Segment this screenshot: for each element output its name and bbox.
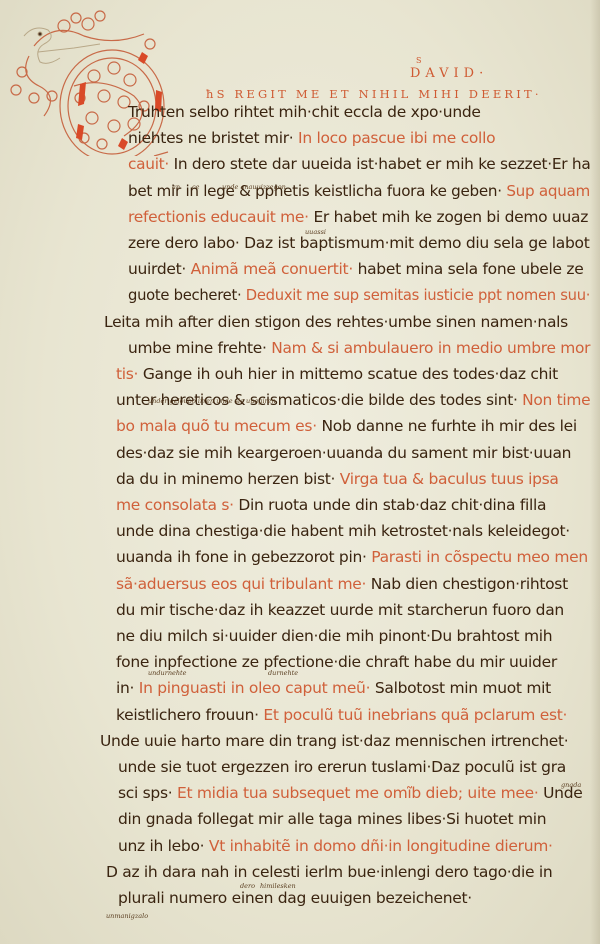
german-gloss-segment: uuirdet· [128, 260, 186, 278]
rubric-latin-segment: In loco pascue ibi me collo [293, 129, 495, 147]
german-gloss-segment: du mir tische·daz ih keazzet uurde mit s… [116, 601, 564, 619]
manuscript-line: zere dero labo· Daz ist baptismum·mit de… [128, 234, 590, 252]
german-gloss-segment: Nob danne ne furhte ih mir des lei [317, 417, 577, 435]
german-gloss-segment: unde sie tuot ergezzen iro ererun tuslam… [118, 758, 566, 776]
manuscript-line: D az ih dara nah in celesti ierlm bue·in… [106, 863, 590, 881]
rubric-latin-segment: In pinguasti in oleo caput meũ· [134, 679, 370, 697]
interlinear-gloss: dero [240, 882, 255, 890]
rubric-latin-segment: cauit· [128, 155, 169, 173]
interlinear-gloss: gnada [561, 781, 581, 789]
rubric-latin-segment: Et poculũ tuũ inebrians quã pclarum est· [259, 706, 567, 724]
manuscript-line: keistlichero frouun· Et poculũ tuũ inebr… [116, 706, 590, 724]
rubric-latin-segment: Nam & si ambulauero in medio umbre mor [267, 339, 591, 357]
rubric-latin-segment: sã·aduersus eos qui tribulant me· [116, 575, 366, 593]
german-gloss-segment: Er habet mih ke zogen bi demo uuaz [309, 208, 588, 226]
rubric-latin-segment: Virga tua & baculus tuus ipsa [335, 470, 558, 488]
manuscript-line: sã·aduersus eos qui tribulant me· Nab di… [116, 575, 590, 593]
interlinear-gloss: unde anauuizzegon [222, 183, 286, 191]
manuscript-line: unde sie tuot ergezzen iro ererun tuslam… [118, 758, 590, 776]
manuscript-line: Unde uuie harto mare din trang ist·daz m… [100, 732, 590, 750]
manuscript-line: plurali numero einen dag euuigen bezeich… [118, 889, 590, 907]
interlinear-gloss: an [172, 183, 180, 191]
page-edge [590, 0, 600, 944]
interlinear-gloss: uuassi [305, 228, 326, 236]
german-gloss-segment: Unde uuie harto mare din trang ist·daz m… [100, 732, 568, 750]
rubric-latin-segment: Vt inhabitẽ in domo dñi·in longitudine d… [204, 837, 552, 855]
manuscript-line: da du in minemo herzen bist· Virga tua &… [116, 470, 590, 488]
german-gloss-segment: umbe mine frehte· [128, 339, 267, 357]
interlinear-gloss: under geloubo irren unde sie uuagiren [148, 397, 276, 405]
german-gloss-segment: Gange ih ouh hier in mittemo scatue des … [138, 365, 558, 383]
interlinear-gloss: unmanigzalo [106, 912, 148, 920]
german-gloss-segment: Nab dien chestigon·rihtost [366, 575, 568, 593]
manuscript-line: me consolata s· Din ruota unde din stab·… [116, 496, 590, 514]
interlinear-gloss: himilesken [260, 882, 296, 890]
manuscript-line: refectionis educauit me· Er habet mih ke… [128, 208, 590, 226]
manuscript-line: Truhten selbo rihtet mih·chit eccla de x… [128, 103, 590, 121]
german-gloss-segment: uuanda ih fone in gebezzorot pin· [116, 548, 367, 566]
manuscript-line: tis· Gange ih ouh hier in mittemo scatue… [116, 365, 590, 383]
manuscript-line: unz ih lebo· Vt inhabitẽ in domo dñi·in … [118, 837, 590, 855]
german-gloss-segment: Leita mih after dien stigon des rehtes·u… [104, 313, 568, 331]
german-gloss-segment: ne diu milch si·uuider dien·die mih pino… [116, 627, 552, 645]
heading-superscript: S [416, 56, 421, 65]
german-gloss-segment: Salbotost min muot mit [370, 679, 551, 697]
manuscript-line: niehtes ne bristet mir· In loco pascue i… [128, 129, 590, 147]
german-gloss-segment: plurali numero einen dag euuigen bezeich… [118, 889, 472, 907]
german-gloss-segment: In dero stete dar uueida ist·habet er mi… [169, 155, 590, 173]
german-gloss-segment: habet mina sela fone ubele ze [353, 260, 584, 278]
rubric-latin-segment: Sup aquam [502, 182, 590, 200]
rubric-latin-segment: me consolata s· [116, 496, 234, 514]
manuscript-line: in· In pinguasti in oleo caput meũ· Salb… [116, 679, 590, 697]
heading-text: DAVID· [410, 66, 488, 81]
german-gloss-segment: sci sps· [118, 784, 172, 802]
manuscript-line: uuirdet· Animã meã conuertit· habet mina… [128, 260, 590, 278]
rubric-latin-segment: refectionis educauit me· [128, 208, 309, 226]
german-gloss-segment: des·daz sie mih keargeroen·uuanda du sam… [116, 444, 571, 462]
german-gloss-segment: din gnada follegat mir alle taga mines l… [118, 810, 546, 828]
psalm-heading: S DAVID· [410, 66, 488, 81]
german-gloss-segment: in· [116, 679, 134, 697]
manuscript-line: cauit· In dero stete dar uueida ist·habe… [128, 155, 586, 173]
manuscript-line: umbe mine frehte· Nam & si ambulauero in… [128, 339, 588, 357]
manuscript-line: sci sps· Et midia tua subsequet me omĩb … [118, 784, 590, 802]
german-gloss-segment: Truhten selbo rihtet mih·chit eccla de x… [128, 103, 481, 121]
manuscript-line: guote becheret· Deduxit me sup semitas i… [128, 286, 568, 304]
german-gloss-segment: D az ih dara nah in celesti ierlm bue·in… [106, 863, 552, 881]
interlinear-gloss: ce [192, 183, 200, 191]
german-gloss-segment: da du in minemo herzen bist· [116, 470, 335, 488]
german-gloss-segment: Din ruota unde din stab·daz chit·dina fi… [234, 496, 547, 514]
manuscript-line: din gnada follegat mir alle taga mines l… [118, 810, 590, 828]
german-gloss-segment: zere dero labo· Daz ist baptismum·mit de… [128, 234, 589, 252]
manuscript-line: uuanda ih fone in gebezzorot pin· Parast… [116, 548, 590, 566]
german-gloss-segment: unde dina chestiga·die habent mih ketros… [116, 522, 570, 540]
interlinear-gloss: durnehte [268, 669, 298, 677]
manuscript-line: fone inpfectione ze pfectione·die chraft… [116, 653, 590, 671]
german-gloss-segment: keistlichero frouun· [116, 706, 259, 724]
german-gloss-segment: niehtes ne bristet mir· [128, 129, 293, 147]
manuscript-line: unde dina chestiga·die habent mih ketros… [116, 522, 590, 540]
german-gloss-segment: guote becheret· [128, 286, 241, 304]
manuscript-line: Leita mih after dien stigon des rehtes·u… [104, 313, 590, 331]
rubric-latin-segment: bo mala quõ tu mecum es· [116, 417, 317, 435]
rubric-latin-segment: Et midia tua subsequet me omĩb dieb; uit… [172, 784, 538, 802]
manuscript-line: ne diu milch si·uuider dien·die mih pino… [116, 627, 590, 645]
rubric-incipit: ħS REGIT ME ET NIHIL MIHI DEERIT· [206, 87, 600, 101]
rubric-latin-segment: Parasti in cõspectu meo men [367, 548, 588, 566]
manuscript-page: S DAVID· ħS REGIT ME ET NIHIL MIHI DEERI… [0, 0, 600, 944]
manuscript-line: bo mala quõ tu mecum es· Nob danne ne fu… [116, 417, 590, 435]
interlinear-gloss: undurnehte [148, 669, 187, 677]
german-gloss-segment: bet mir in lege & pphetis keistlicha fuo… [128, 182, 502, 200]
manuscript-line: des·daz sie mih keargeroen·uuanda du sam… [116, 444, 590, 462]
manuscript-line: du mir tische·daz ih keazzet uurde mit s… [116, 601, 590, 619]
rubric-latin-segment: tis· [116, 365, 138, 383]
rubric-latin-segment: Deduxit me sup semitas iusticie ppt nome… [241, 286, 590, 304]
german-gloss-segment: unz ih lebo· [118, 837, 204, 855]
rubric-latin-segment: Animã meã conuertit· [186, 260, 353, 278]
rubric-latin-segment: Non time [518, 391, 591, 409]
